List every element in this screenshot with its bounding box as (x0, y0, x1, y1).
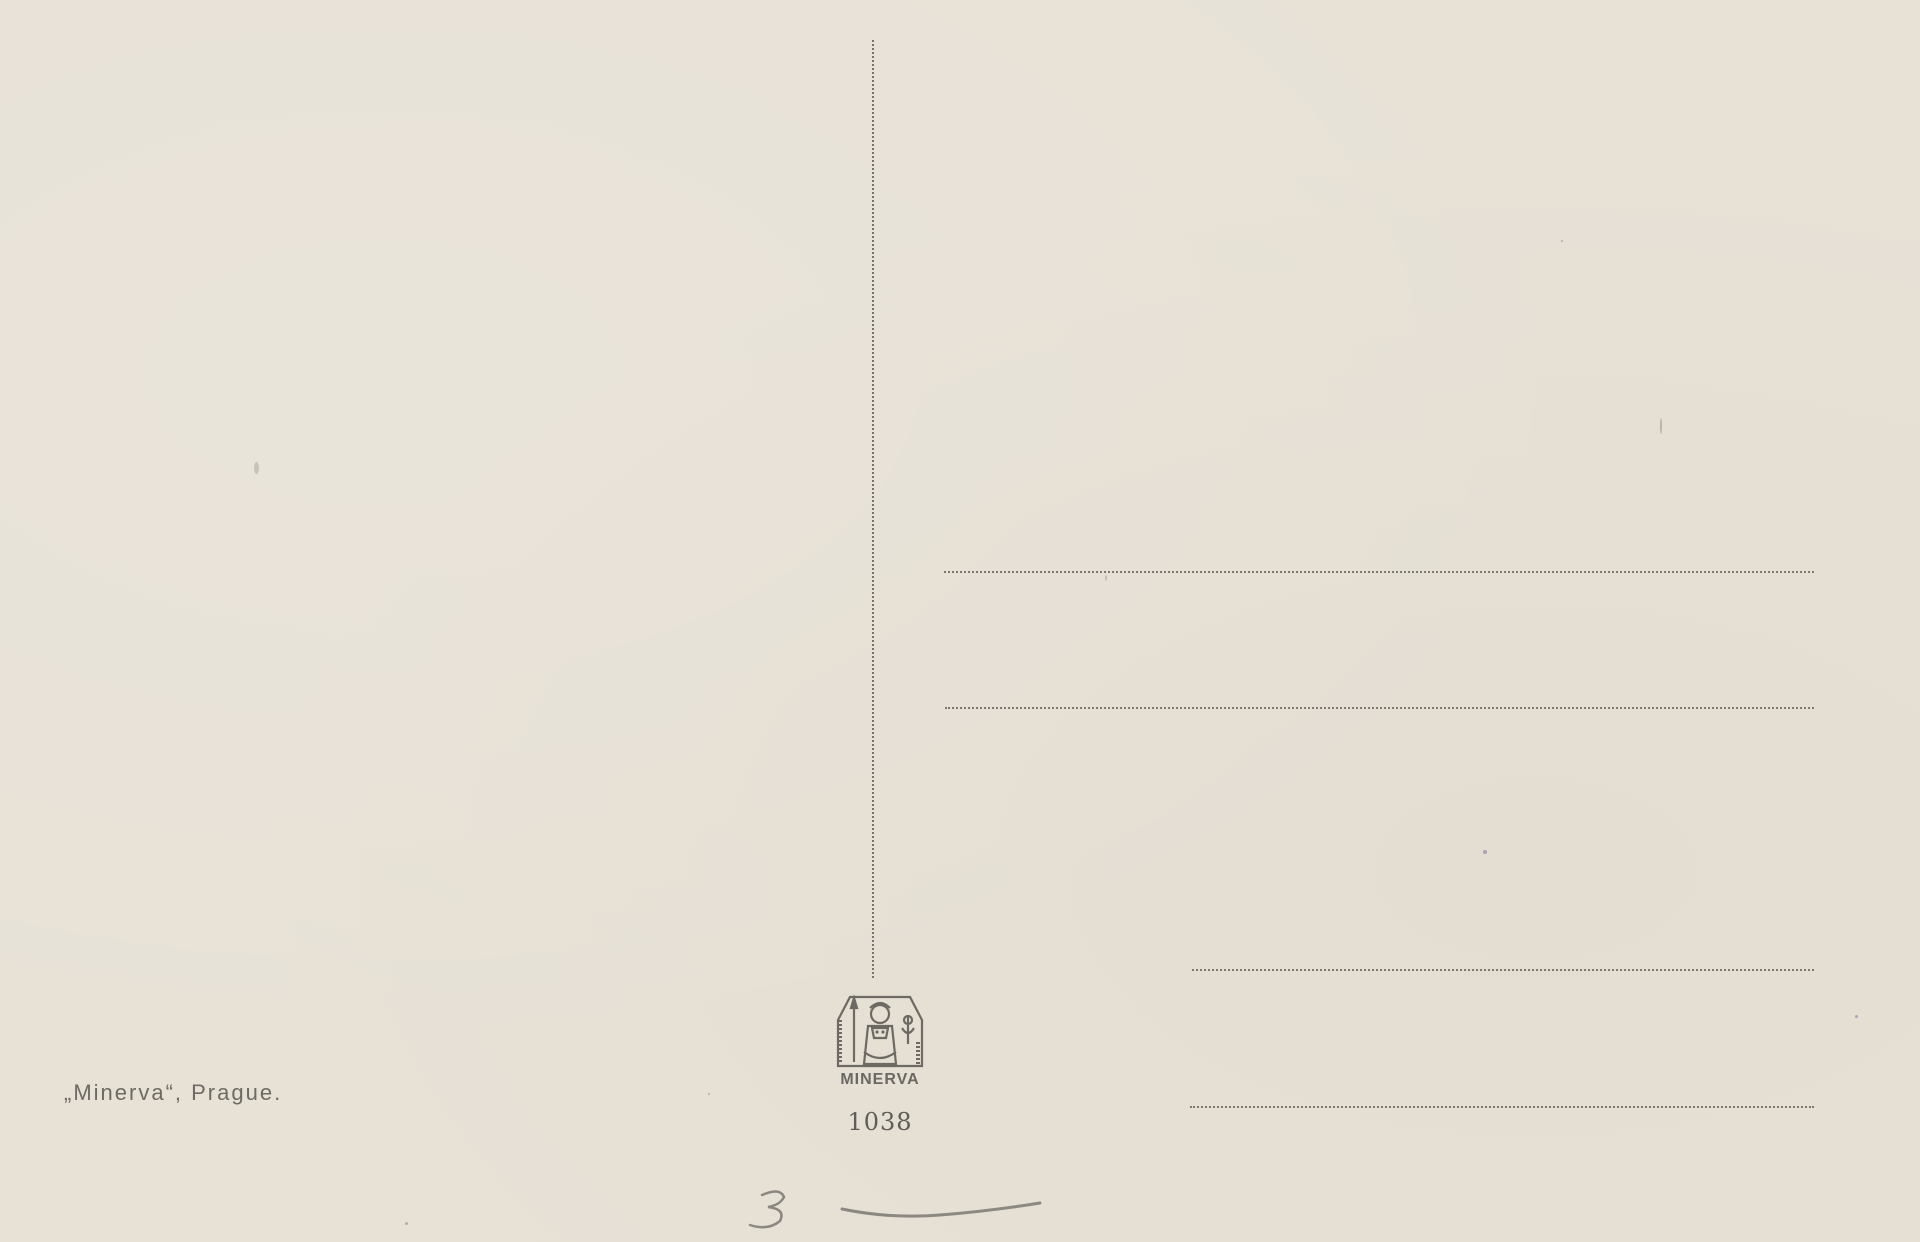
serial-number: 1038 (840, 1108, 920, 1136)
paper-speck (1660, 418, 1662, 434)
paper-speck (254, 462, 259, 474)
message-address-divider (872, 40, 874, 978)
paper-speck (1105, 575, 1107, 581)
pencil-annotation-3 (740, 1185, 1060, 1235)
paper-speck (405, 1222, 408, 1225)
paper-speck (1483, 850, 1487, 854)
publisher-imprint: „Minerva“, Prague. (64, 1080, 282, 1106)
address-line-2 (945, 707, 1814, 709)
logo-wordmark: MINERVA (834, 1071, 926, 1089)
paper-speck (1855, 1015, 1858, 1018)
postcard-back: „Minerva“, Prague. MI (0, 0, 1920, 1242)
address-line-1 (944, 571, 1814, 573)
minerva-goddess-emblem-icon (834, 994, 926, 1070)
address-line-3 (1192, 969, 1814, 971)
paper-speck (708, 1093, 710, 1095)
paper-speck (1561, 240, 1563, 242)
address-line-4 (1190, 1106, 1814, 1108)
